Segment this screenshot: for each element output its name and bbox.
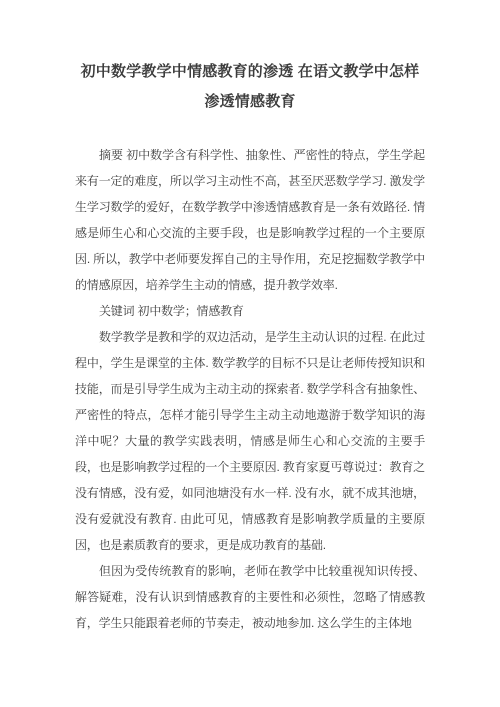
document-title: 初中数学教学中情感教育的渗透 在语文教学中怎样渗透情感教育 <box>75 57 425 117</box>
body-paragraph-intro: 数学教学是教和学的双边活动，是学生主动认识的过程. 在此过程中，学生是课堂的主体… <box>75 324 425 558</box>
document-page: 初中数学教学中情感教育的渗透 在语文教学中怎样渗透情感教育 摘要 初中数学含有科… <box>0 0 500 707</box>
abstract-paragraph: 摘要 初中数学含有科学性、抽象性、严密性的特点，学生学起来有一定的难度，所以学习… <box>75 142 425 298</box>
document-body: 摘要 初中数学含有科学性、抽象性、严密性的特点，学生学起来有一定的难度，所以学习… <box>75 142 425 636</box>
body-paragraph-tradition: 但因为受传统教育的影响，老师在教学中比较重视知识传授、解答疑难，没有认识到情感教… <box>75 558 425 636</box>
keywords-paragraph: 关键词 初中数学；情感教育 <box>75 298 425 324</box>
